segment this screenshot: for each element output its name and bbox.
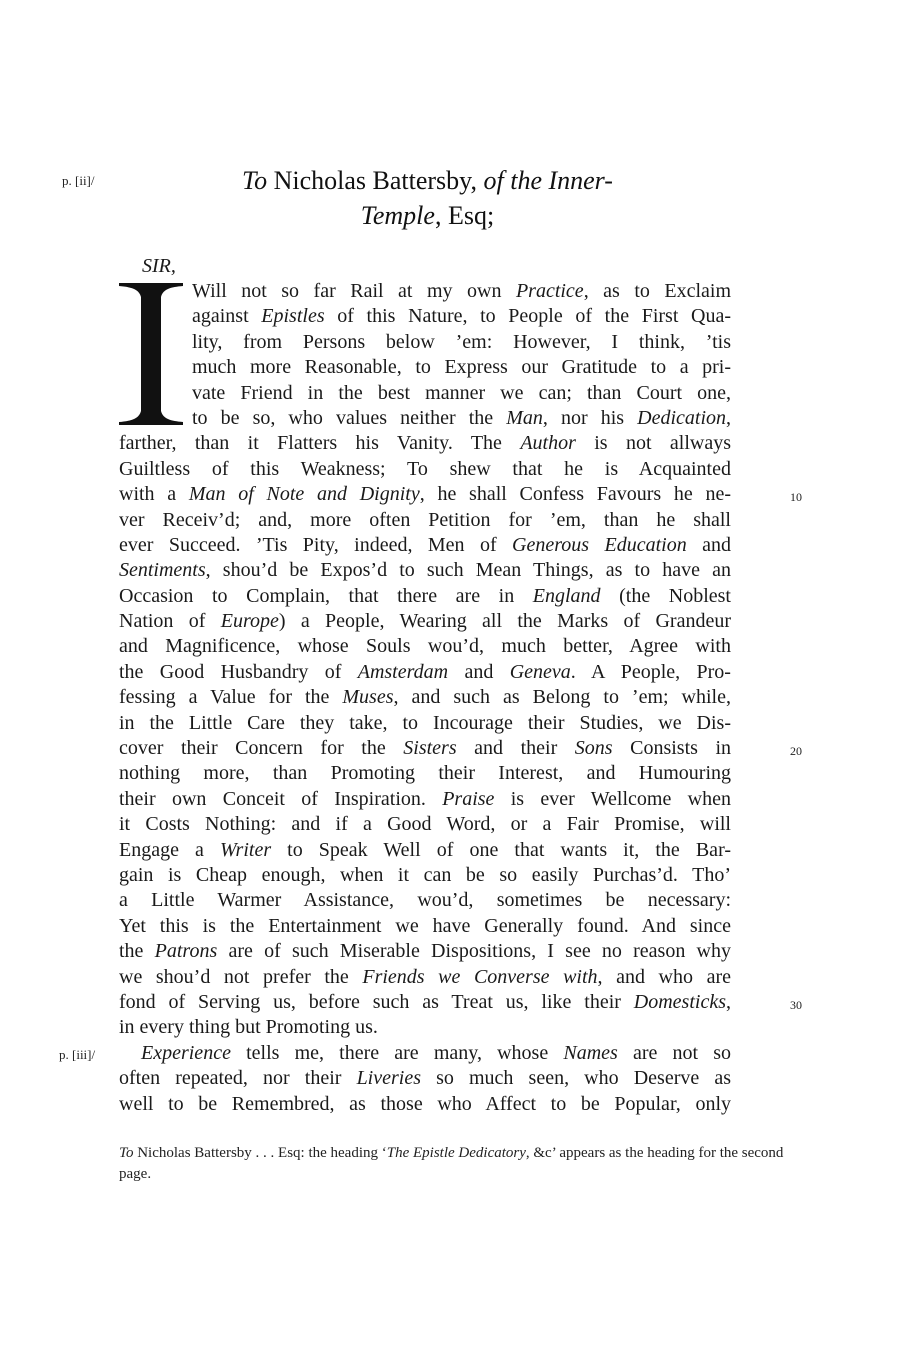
roman-text: well to be Remembred, as those who Affec… <box>119 1093 731 1115</box>
italic-text: Patrons <box>155 940 218 962</box>
roman-text: is not allways <box>576 432 731 454</box>
roman-text: , as to Exclaim <box>584 280 731 302</box>
roman-text: their own Conceit of Inspiration. <box>119 788 442 810</box>
italic-text: Sentiments <box>119 559 206 581</box>
footnote-quoted-title: The Epistle Dedicatory <box>387 1145 526 1161</box>
dedication-title-line2: Temple, Esq; <box>0 198 855 233</box>
text-line: nothing more, than Promoting their Inter… <box>119 761 731 786</box>
text-line: Engage a Writer to Speak Well of one tha… <box>119 838 731 863</box>
text-line: much more Reasonable, to Express our Gra… <box>192 355 731 380</box>
roman-text: the <box>119 940 155 962</box>
roman-text: cover their Concern for the <box>119 737 403 759</box>
text-line: well to be Remembred, as those who Affec… <box>119 1092 731 1117</box>
roman-text: so much seen, who Deserve as <box>421 1067 731 1089</box>
roman-text: Yet this is the Entertainment we have Ge… <box>119 915 731 937</box>
italic-text: Sons <box>575 737 613 759</box>
text-line: Yet this is the Entertainment we have Ge… <box>119 914 731 939</box>
text-line: it Costs Nothing: and if a Good Word, or… <box>119 812 731 837</box>
roman-text: , he shall Confess Favours he ne- <box>420 483 731 505</box>
title-inner: of the Inner- <box>484 166 613 195</box>
roman-text: Will not so far Rail at my own <box>192 280 516 302</box>
roman-text: Nation of <box>119 610 221 632</box>
roman-text: , <box>726 407 731 429</box>
text-line: fond of Serving us, before such as Treat… <box>119 990 731 1015</box>
footnote: To Nicholas Battersby . . . Esq: the hea… <box>119 1143 784 1185</box>
roman-text: Occasion to Complain, that there are in <box>119 585 533 607</box>
text-line: their own Conceit of Inspiration. Praise… <box>119 787 731 812</box>
italic-text: Dedication <box>637 407 726 429</box>
title-esq: , Esq; <box>435 201 494 230</box>
roman-text: is ever Wellcome when <box>494 788 731 810</box>
roman-text: in the Little Care they take, to Incoura… <box>119 712 731 734</box>
roman-text: , nor his <box>543 407 637 429</box>
italic-text: Epistles <box>261 305 324 327</box>
italic-text: Praise <box>442 788 494 810</box>
roman-text: and <box>687 534 731 556</box>
text-line: the Good Husbandry of Amsterdam and Gene… <box>119 660 731 685</box>
roman-text: a Little Warmer Assistance, wou’d, somet… <box>119 889 731 911</box>
text-line: Experience tells me, there are many, who… <box>119 1041 731 1066</box>
roman-text: are of such Miserable Dispositions, I se… <box>217 940 731 962</box>
text-line: in the Little Care they take, to Incoura… <box>119 711 731 736</box>
roman-text: fond of Serving us, before such as Treat… <box>119 991 634 1013</box>
italic-text: Experience <box>141 1042 231 1064</box>
roman-text: and Magnificence, whose Souls wou’d, muc… <box>119 635 731 657</box>
italic-text: Amsterdam <box>358 661 448 683</box>
roman-text: we shou’d not prefer the <box>119 966 362 988</box>
roman-text: . A People, Pro- <box>571 661 731 683</box>
text-line: the Patrons are of such Miserable Dispos… <box>119 939 731 964</box>
text-line: we shou’d not prefer the Friends we Conv… <box>119 965 731 990</box>
roman-text: Consists in <box>613 737 731 759</box>
roman-text: and their <box>457 737 575 759</box>
text-line: often repeated, nor their Liveries so mu… <box>119 1066 731 1091</box>
footnote-lemma: To <box>119 1145 133 1161</box>
italic-text: Sisters <box>403 737 456 759</box>
text-line: to be so, who values neither the Man, no… <box>192 406 731 431</box>
roman-text: , and such as Belong to ’em; while, <box>394 686 732 708</box>
text-line: ver Receiv’d; and, more often Petition f… <box>119 508 731 533</box>
italic-text: England <box>533 585 601 607</box>
roman-text: much more Reasonable, to Express our Gra… <box>192 356 731 378</box>
text-line: Occasion to Complain, that there are in … <box>119 584 731 609</box>
roman-text: with a <box>119 483 189 505</box>
text-line: ever Succeed. ’Tis Pity, indeed, Men of … <box>119 533 731 558</box>
roman-text: it Costs Nothing: and if a Good Word, or… <box>119 813 731 835</box>
line-number: 10 <box>790 490 802 505</box>
roman-text: lity, from Persons below ’em: However, I… <box>192 331 731 353</box>
text-line: cover their Concern for the Sisters and … <box>119 736 731 761</box>
text-line: Will not so far Rail at my own Practice,… <box>192 279 731 304</box>
text-line: against Epistles of this Nature, to Peop… <box>192 304 731 329</box>
roman-text: of this Nature, to People of the First Q… <box>325 305 731 327</box>
text-line: with a Man of Note and Dignity, he shall… <box>119 482 731 507</box>
roman-text: , <box>726 991 731 1013</box>
roman-text: Guiltless of this Weakness; To shew that… <box>119 458 731 480</box>
italic-text: Geneva <box>510 661 571 683</box>
italic-text: Man <box>506 407 543 429</box>
roman-text: fessing a Value for the <box>119 686 342 708</box>
italic-text: Generous Education <box>512 534 687 556</box>
italic-text: Names <box>563 1042 617 1064</box>
italic-text: Domesticks <box>634 991 726 1013</box>
title-to: To <box>242 166 267 195</box>
text-line: Nation of Europe) a People, Wearing all … <box>119 609 731 634</box>
roman-text: often repeated, nor their <box>119 1067 357 1089</box>
italic-text: Europe <box>221 610 279 632</box>
page-marker-iii: p. [iii]/ <box>59 1047 95 1063</box>
text-line: a Little Warmer Assistance, wou’d, somet… <box>119 888 731 913</box>
title-temple: Temple <box>361 201 435 230</box>
line-number: 30 <box>790 998 802 1013</box>
roman-text: ever Succeed. ’Tis Pity, indeed, Men of <box>119 534 512 556</box>
roman-text: gain is Cheap enough, when it can be so … <box>119 864 731 886</box>
italic-text: Muses <box>342 686 393 708</box>
roman-text: to be so, who values neither the <box>192 407 506 429</box>
text-line: vate Friend in the best manner we can; t… <box>192 381 731 406</box>
italic-text: Author <box>520 432 576 454</box>
roman-text: Engage a <box>119 839 220 861</box>
roman-text: and <box>448 661 510 683</box>
text-line: in every thing but Promoting us. <box>119 1015 731 1040</box>
text-line: Guiltless of this Weakness; To shew that… <box>119 457 731 482</box>
title-name: Nicholas Battersby, <box>267 166 483 195</box>
italic-text: Liveries <box>357 1067 421 1089</box>
roman-text: , and who are <box>598 966 731 988</box>
text-line: gain is Cheap enough, when it can be so … <box>119 863 731 888</box>
italic-text: Practice <box>516 280 584 302</box>
roman-text: to Speak Well of one that wants it, the … <box>271 839 731 861</box>
italic-text: Writer <box>220 839 271 861</box>
roman-text: are not so <box>618 1042 731 1064</box>
roman-text: vate Friend in the best manner we can; t… <box>192 382 731 404</box>
line-number: 20 <box>790 744 802 759</box>
roman-text: ver Receiv’d; and, more often Petition f… <box>119 509 731 531</box>
footnote-lemma-rest: Nicholas Battersby . . . Esq: the headin… <box>133 1145 386 1161</box>
text-line: and Magnificence, whose Souls wou’d, muc… <box>119 634 731 659</box>
salutation: SIR, <box>142 255 176 278</box>
italic-text: Man of Note and Dignity <box>189 483 420 505</box>
italic-text: Friends we Converse with <box>362 966 597 988</box>
roman-text: the Good Husbandry of <box>119 661 358 683</box>
roman-text: , shou’d be Expos’d to such Mean Things,… <box>206 559 731 581</box>
text-line: Sentiments, shou’d be Expos’d to such Me… <box>119 558 731 583</box>
roman-text: (the Noblest <box>601 585 731 607</box>
text-line: lity, from Persons below ’em: However, I… <box>192 330 731 355</box>
epistle-body: Will not so far Rail at my own Practice,… <box>119 279 731 1117</box>
roman-text: tells me, there are many, whose <box>231 1042 563 1064</box>
roman-text: ) a People, Wearing all the Marks of Gra… <box>279 610 731 632</box>
dedication-title-line1: To Nicholas Battersby, of the Inner- <box>0 163 855 198</box>
roman-text: in every thing but Promoting us. <box>119 1016 378 1038</box>
roman-text: farther, than it Flatters his Vanity. Th… <box>119 432 520 454</box>
roman-text: nothing more, than Promoting their Inter… <box>119 762 731 784</box>
roman-text: against <box>192 305 261 327</box>
text-line: fessing a Value for the Muses, and such … <box>119 685 731 710</box>
text-line: farther, than it Flatters his Vanity. Th… <box>119 431 731 456</box>
